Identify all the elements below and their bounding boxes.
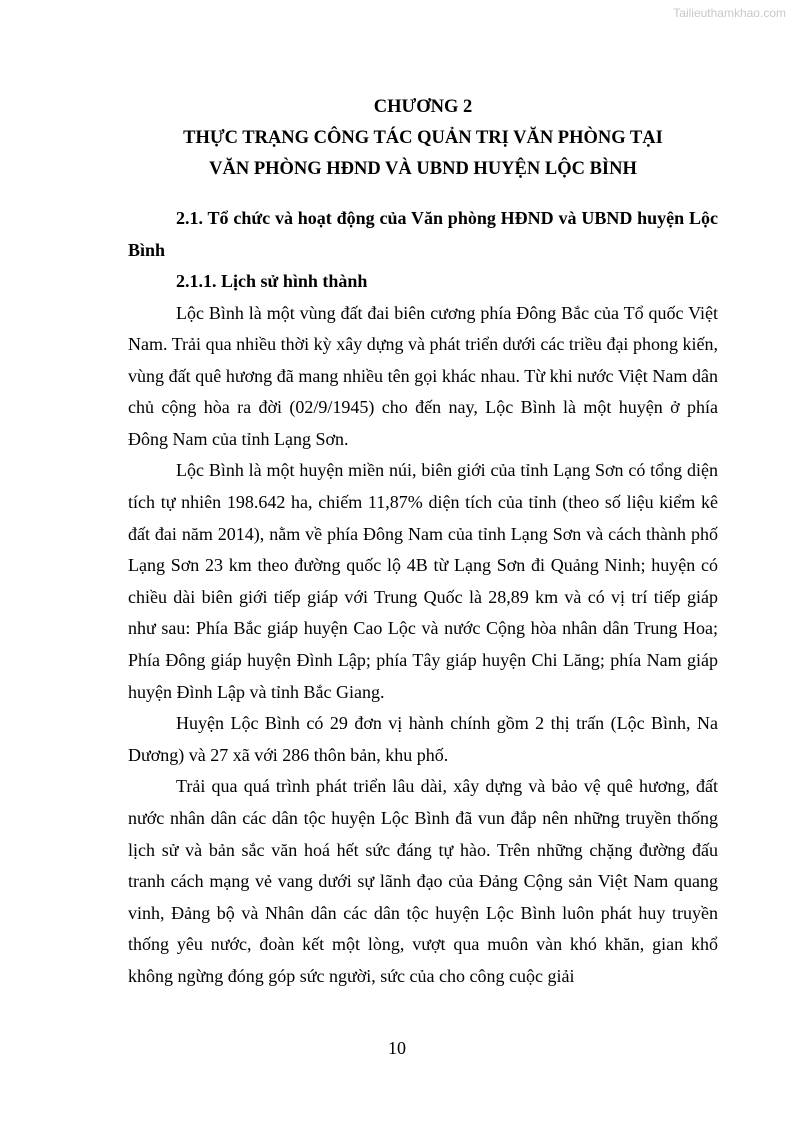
paragraph: Trải qua quá trình phát triển lâu dài, x… [128, 771, 718, 992]
section-heading: 2.1. Tổ chức và hoạt động của Văn phòng … [128, 203, 718, 266]
subsection-heading: 2.1.1. Lịch sử hình thành [128, 266, 718, 298]
page-number: 10 [0, 1038, 794, 1059]
document-page: CHƯƠNG 2 THỰC TRẠNG CÔNG TÁC QUẢN TRỊ VĂ… [128, 92, 718, 993]
chapter-label: CHƯƠNG 2 [128, 92, 718, 123]
paragraph: Lộc Bình là một vùng đất đai biên cương … [128, 298, 718, 456]
watermark: Tailieuthamkhao.com [673, 6, 786, 20]
paragraph: Huyện Lộc Bình có 29 đơn vị hành chính g… [128, 708, 718, 771]
chapter-title-line-2: VĂN PHÒNG HĐND VÀ UBND HUYỆN LỘC BÌNH [128, 154, 718, 185]
paragraph: Lộc Bình là một huyện miền núi, biên giớ… [128, 455, 718, 708]
chapter-title-line-1: THỰC TRẠNG CÔNG TÁC QUẢN TRỊ VĂN PHÒNG T… [128, 123, 718, 154]
